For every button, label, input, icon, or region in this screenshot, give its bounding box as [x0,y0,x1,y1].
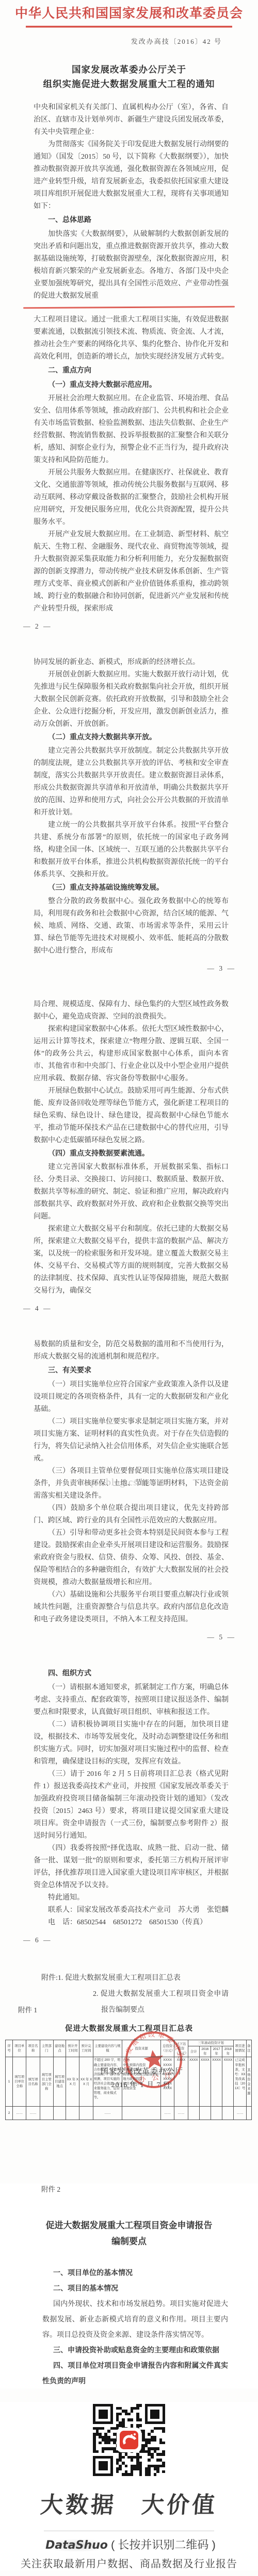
col-header-group: 三年滚动投资计划 [188,2040,234,2046]
table-cell-empty [40,2107,53,2120]
footer-promo: 大数据 大价值 DataShuo( 长按并识别二维码 ) 关注获取最新用户数据、… [0,2402,258,2570]
outline-paragraph: 国内外现状、技术和市场发展趋势。项目实施对促进大数据发展、新业态新模式培育的意义… [42,2296,228,2342]
table-cell: XXXX [222,2057,234,2107]
paragraph: 开展产业发展大数据应用。在工业制造、新型材料、航空航天、生物工程、金融服务、现代… [34,529,229,615]
contact-person-line: 联系人：国家发展改革委高技术产业司 苏大勇 张铠麟 [34,1904,229,1917]
outline-item: 二、项目的基本情况 [42,2280,228,2296]
qr-caption-rest: ( 长按并识别二维码 ) [111,2538,216,2551]
col-header: 项目进展情况 [234,2040,246,2057]
paragraph: （三）请于 2016 年 2 月 5 日前将项目汇总表（格式见附件 1）报送我委… [34,1768,229,1842]
table-cell: 不超过 200 字，明确主要建设内容、合作模式、技术经济指标、产品市场预测、项目… [93,2057,122,2107]
table-cell: 已完成审批核准，文号：XX发改高技〔201X〕号 [234,2057,246,2107]
col-header: 项目单位 [13,2040,26,2057]
paragraph: 开展社会治理大数据应用。在企业监管、环境治理、食品安全、信用体系等领域，推动政府… [34,393,229,467]
attachment-list-line1: 附件:1. 促进大数据发展重大工程项目汇总表 [34,1970,229,1986]
table-cell: …… [174,2107,188,2120]
table-cell-empty [53,2107,66,2120]
table-cell: …… [26,2107,40,2120]
col-header: 主管部门 [40,2040,53,2057]
paragraph: 探索构建国家数据中心体系。依托大型区域性数据中心，运用云计算等技术，探索建立“物… [34,1023,229,1085]
col-header: 项目名称 [26,2040,40,2057]
paragraph: （四）鼓励多个单位联合提出项目建议，优先支持跨部门、跨区域、跨行业的具有全国性示… [34,1502,229,1527]
page-number-5: — 5 — [34,1631,236,1643]
table-cell: XX 年 XX 月 [79,2057,93,2107]
attachment-2-label: 附件 2 [41,2183,258,2194]
paragraph: 为贯彻落实《国务院关于印发促进大数据发展行动纲要的通知》（国发〔2015〕50 … [34,139,229,213]
scanned-document-page: 中华人民共和国国家发展和改革委员会 发改办高技〔2016〕42 号 国家发展改革… [0,0,258,2576]
doc-number: 发改办高技〔2016〕42 号 [0,36,222,46]
section-heading-2: 二、重点方向 [34,364,229,378]
paragraph: （六）基础设施和公共服务平台项目要重点解决行业或领域共性问题，注重资源整合与信息… [34,1589,229,1626]
attachment-1-table-title: 促进大数据发展重大工程项目汇总表 [0,2023,258,2033]
col-header: 总投资（万元） [161,2040,174,2057]
subsection-heading: （二）重点支持大数据共享开放。 [34,731,229,744]
table-cell-empty [66,2107,79,2120]
section-heading-3: 三、有关要求 [34,1364,229,1378]
notice-title-line2: 组织实施促进大数据发展重大工程的通知 [0,77,258,91]
table-cell: 2 [6,2107,13,2120]
datashuo-logo-icon [117,2428,141,2452]
footer-slogan: 大数据 大价值 [0,2486,258,2519]
notice-title-line1: 国家发展改革委办公厅关于 [0,62,258,77]
table-cell: …… [13,2107,26,2120]
qr-finder-icon [145,2404,165,2424]
col-header: 主要建设内容与规模 [93,2040,122,2057]
paragraph: 建立完善公共数据共享开放制度。制定公共数据共享开放的制度法规，建立公共数据共享开… [34,745,229,819]
outline-item: 三、申请投资补助或贴息资金的主要理由和政策依据 [42,2342,228,2358]
table-cell-empty [246,2107,251,2120]
subsection-heading: （三）重点支持基础设施统筹发展。 [34,882,229,895]
col-subheader: 2018 年 [222,2046,234,2057]
paragraph: 开展公共服务大数据应用。在健康医疗、社保就业、教育文化、交通旅游等领域，推动传统… [34,467,229,529]
outline-item: 一、项目单位的基本情况 [42,2265,228,2280]
closing-phrase: 特此通知。 [34,1892,229,1904]
paragraph: 加快落实《大数据纲要》，从破解制约大数据创新发展的突出矛盾和问题出发，重点推进数… [34,228,229,302]
paragraph: 建立统一的公共数据共享开放平台体系。按照“平台整合共建、系统分布部署”的原则，依… [34,819,229,881]
paragraph: 整合分散的政务数据中心。强化政务数据中心的统筹布局，利用现有政务和社会数据中心资… [34,895,229,957]
table-cell: XXXX [174,2057,188,2107]
attachment-1-section: 附件 1 促进大数据发展重大工程项目汇总表 序号 项目单位 项目名称 主管部门 … [0,2004,258,2120]
qr-caption-line1: DataShuo( 长按并识别二维码 ) [0,2536,258,2552]
col-header: 建设地点 [53,2040,66,2057]
table-cell: …… [161,2107,174,2120]
table-cell-empty [122,2107,161,2120]
col-subheader: 2016 年 [199,2046,211,2057]
table-cell-empty [79,2107,93,2120]
page-number-6: — 6 — [23,1934,229,1946]
contact-phone-line: 电 话：68502544 68501272 68501530（传真） [34,1917,229,1929]
table-cell: …… [93,2107,122,2120]
project-summary-table: 序号 项目单位 项目名称 主管部门 建设地点 预计开工时间 预计完工时间 主要建… [5,2040,252,2120]
subsection-heading: （一）重点支持大数据示范应用。 [34,379,229,392]
paragraph: 探索建立大数据交易平台和制度。依托已建的大数据交易所，探索建立大数据交易平台，提… [34,1223,229,1297]
table-cell: 填写项目主管部门全称 [40,2057,53,2107]
col-subheader: 2017 年 [211,2046,222,2057]
attachment-1-label: 附件 1 [18,2004,258,2014]
notice-body: 中央和国家机关有关部门、直属机构办公厅（室），各省、自治区、直辖市及计划单列市、… [0,91,258,2114]
table-cell: 填写项目单位全称 [13,2057,26,2107]
qr-finder-icon [93,2456,113,2476]
col-header: 预计完工时间 [79,2040,93,2057]
table-cell: XXXX [211,2057,222,2107]
table-cell: XXXX [199,2057,211,2107]
paragraph: （二）项目实施单位要实事求是制定项目实施方案，并对项目实施方案、证明材料的真实性… [34,1416,229,1465]
table-cell: XX 年 XX 月 [66,2057,79,2107]
paragraph: （四）我委将按照“择优选取、成熟一批、启动一批、储备一批、谋划一批”的原则和要求… [34,1842,229,1892]
qr-caption-line2: 关注获取最新用户数据、商品数据及行业报告 [0,2555,258,2570]
section-heading-4: 四、组织方式 [34,1667,229,1681]
table-cell-empty [199,2107,211,2120]
page-number-3: — 3 — [34,962,236,975]
page-edge-red-line [23,306,235,309]
table-cell: 1 [6,2057,13,2107]
addressee: 中央和国家机关有关部门、直属机构办公厅（室），各省、自治区、直辖市及计划单列市、… [34,101,229,139]
paragraph: （五）引导和带动更多社会资本特别是民间资本参与工程建设。鼓励探索由企业牵头开展项… [34,1527,229,1589]
page-number-2: — 2 — [23,620,229,633]
paragraph: （一）项目实施单位应符合国家产业政策准入条件以及建设项目规定的各项资格条件，具有… [34,1379,229,1416]
col-subheader: 合计 [188,2046,199,2057]
col-header: 投资来源 [122,2040,161,2057]
paragraph-text: （三）各项目主管单位要督促项目实施单位落实项目建设条件，并负责审核环保、土地、节… [34,1467,229,1500]
letterhead-rule [26,26,232,28]
paragraph: 开展创业创新大数据应用。实施大数据开放行动计划，优先推进与民生保障服务相关政府数… [34,669,229,731]
col-header: 备注 [246,2040,251,2057]
col-header: 序号 [6,2040,13,2057]
table-cell: 合计 中央预算内投资 专项建设基金 其他中央财政性建设资金 地方政府投资 项目单… [122,2057,161,2107]
paragraph: 建立完善国家大数据标准体系，开展数据采集、指标口径、分类目录、交换接口、访问接口… [34,1161,229,1223]
paragraph-continuation: 易数据的质量和安全，防范交易数据的滥用和不当使用行为，形成大数据交易的流通机制和… [34,1338,229,1363]
paragraph: 开展绿色数据中心试点。鼓励采用可再生能源、分布式供能、废弃设备回收处理等绿色节能… [34,1085,229,1147]
paragraph: （一）请根据本通知要求，抓紧制定工作方案，明确总体考虑、支持重点、配套政策等，按… [34,1682,229,1719]
paragraph: （三）各项目主管单位要督促项目实施单位落实项目建设条件，并负责审核环保、土地、节… [34,1465,229,1502]
paragraph-continuation: 局合理、规模适度、保障有力、绿色集约的大型区域性政务数据中心，避免造成资源、空间… [34,998,229,1023]
attachment-2-title-line1: 促进大数据发展重大工程项目资金申请报告 [0,2217,258,2233]
table-cell-empty [211,2107,222,2120]
table-cell: 填写项目名称 [26,2057,40,2107]
table-cell: XXXX [188,2057,199,2107]
qr-finder-icon [93,2404,113,2424]
datashuo-logo-glyph [120,2431,138,2449]
outline-item: 四、项目单位对项目资金申请报告内容和附属文件真实性负责的声明 [42,2358,228,2388]
footer-divider [44,2531,214,2531]
attachment-2-section: 附件 2 促进大数据发展重大工程项目资金申请报告 编制要点 一、项目单位的基本情… [0,2183,258,2388]
paragraph-continuation: 大工程项目建议。通过一批重大工程项目实施，有效促进数据要素流通，以数据流引领技术… [34,314,229,363]
attachment-2-title-line2: 编制要点 [0,2233,258,2249]
paragraph: （二）请积极协调项目实施中存在的问题，加快项目建设，根据技术、市场等发展变化，及… [34,1719,229,1768]
table-cell: …… [234,2107,246,2120]
table-cell-empty [222,2107,234,2120]
table-cell: 填写项目建设地点 [53,2057,66,2107]
col-header: 预计开工时间 [66,2040,79,2057]
paragraph-continuation: 协同发展的新业态、新模式，形成新的经济增长点。 [34,656,229,669]
subsection-heading: （四）重点支持数据要素流通。 [34,1147,229,1161]
table-cell: 其他资金来源 [246,2057,251,2107]
letterhead-org-title: 中华人民共和国国家发展和改革委员会 [0,0,258,23]
table-cell-empty [188,2107,199,2120]
qr-code [91,2402,167,2478]
attachment-2-outline: 一、项目单位的基本情况 二、项目的基本情况 国内外现状、技术和市场发展趋势。项目… [42,2265,228,2388]
table-cell: XXXX XXXX XXXX XXXX XXXX XXXX XXXX [161,2057,174,2107]
section-heading-1: 一、总体思路 [34,214,229,227]
page-number-4: — 4 — [23,1302,229,1315]
col-header: 已下达投资（万元） [174,2040,188,2057]
brand-name: DataShuo [42,2539,111,2552]
